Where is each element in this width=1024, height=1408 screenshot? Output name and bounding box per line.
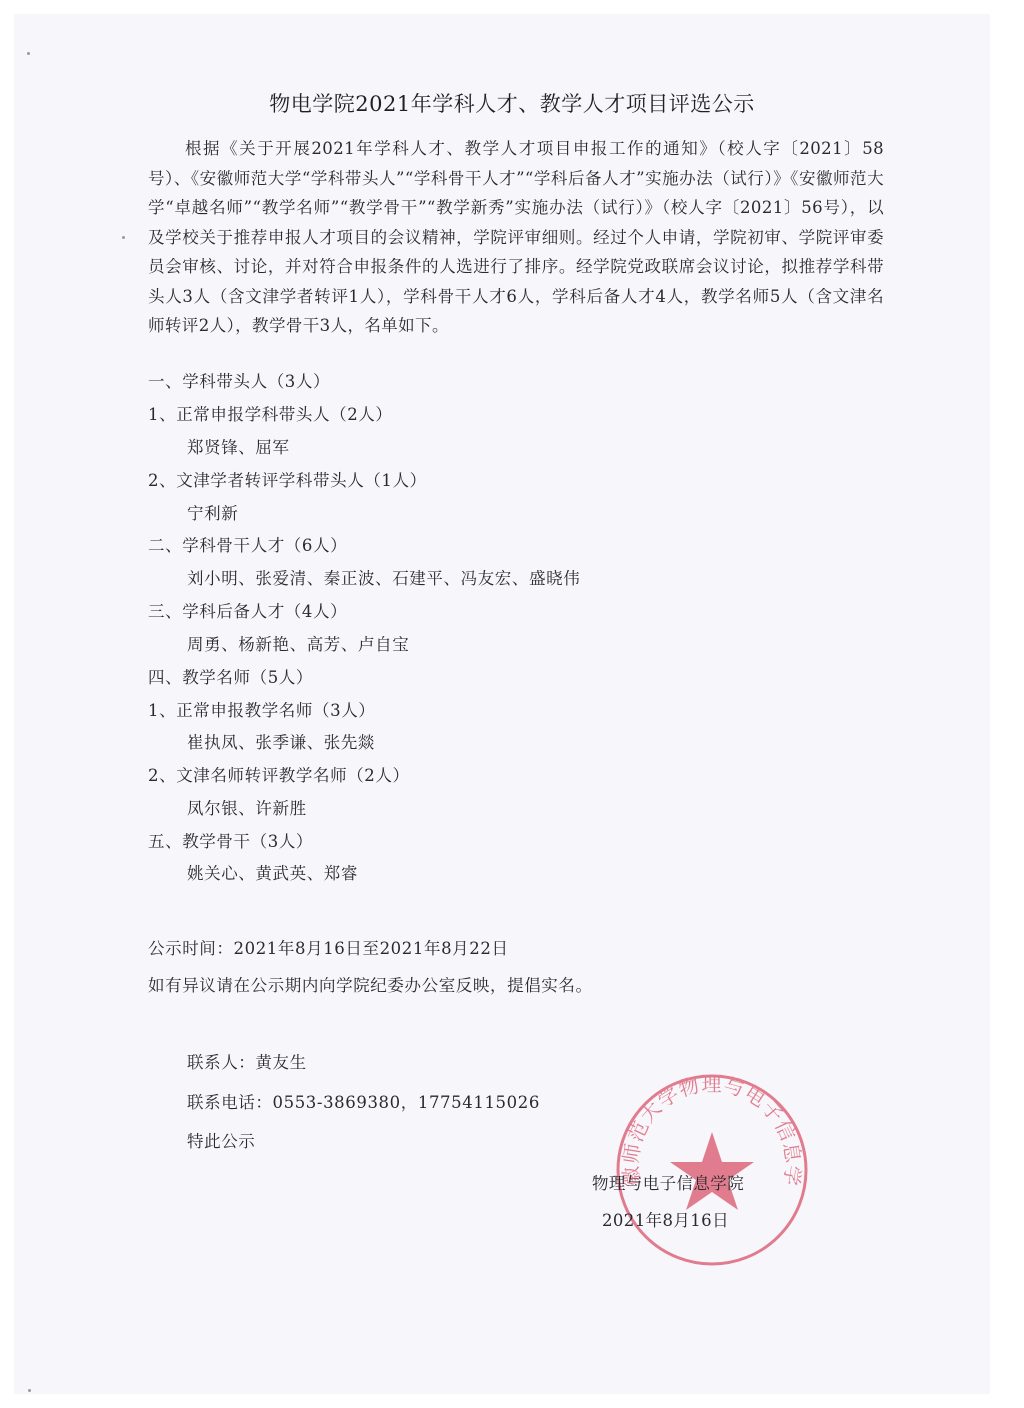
section-heading: 四、教学名师（5人） [148,664,313,688]
contact-phone: 联系电话：0553-3869380，17754115026 [187,1089,540,1113]
subsection-heading: 2、文津名师转评教学名师（2人） [148,762,410,786]
scan-speck [28,1389,31,1392]
name-list: 姚关心、黄武英、郑睿 [187,860,358,884]
signature-organization: 物理与电子信息学院 [592,1170,744,1194]
signature-date: 2021年8月16日 [602,1207,729,1231]
section-heading: 五、教学骨干（3人） [148,828,313,852]
name-list: 凤尔银、许新胜 [187,795,307,819]
name-list: 崔执凤、张季谦、张先燚 [187,729,375,753]
section-heading: 二、学科骨干人才（6人） [148,532,347,556]
name-list: 周勇、杨新艳、高芳、卢自宝 [187,631,409,655]
subsection-heading: 1、正常申报教学名师（3人） [148,697,375,721]
publicity-period: 公示时间：2021年8月16日至2021年8月22日 [148,935,509,959]
name-list: 刘小明、张爱清、秦正波、石建平、冯友宏、盛晓伟 [187,565,580,589]
section-heading: 一、学科带头人（3人） [148,368,330,392]
subsection-heading: 1、正常申报学科带头人（2人） [148,401,393,425]
name-list: 宁利新 [187,500,238,524]
scan-speck [122,236,125,239]
closing-text: 特此公示 [187,1128,255,1152]
contact-person: 联系人：黄友生 [187,1049,307,1073]
document-title: 物电学院2021年学科人才、教学人才项目评选公示 [0,88,1024,118]
name-list: 郑贤锋、屈军 [187,434,290,458]
intro-paragraph: 根据《关于开展2021年学科人才、教学人才项目申报工作的通知》（校人字〔2021… [148,134,884,341]
subsection-heading: 2、文津学者转评学科带头人（1人） [148,467,427,491]
objection-note: 如有异议请在公示期内向学院纪委办公室反映，提倡实名。 [148,972,593,996]
section-heading: 三、学科后备人才（4人） [148,598,347,622]
scan-speck [27,52,30,55]
